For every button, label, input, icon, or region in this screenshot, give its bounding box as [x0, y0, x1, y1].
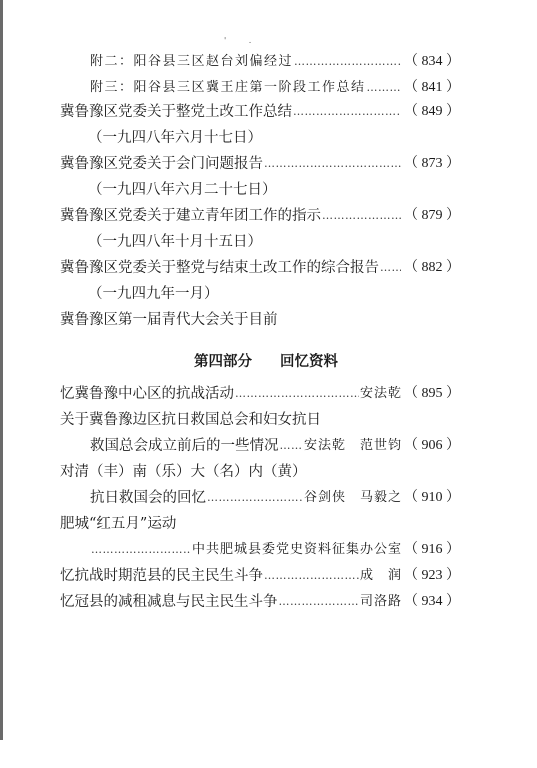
entry-author: 司洛路 — [360, 592, 402, 612]
entry-author: 中共肥城县委党史资料征集办公室 — [192, 540, 402, 560]
page-ref: （ 934 ） — [404, 592, 460, 612]
toc-entry[interactable]: 抗日救国会的回忆 …………………………………………………………………………………… — [90, 488, 460, 508]
leader-dots: …………………………………………………………………………………… — [235, 384, 359, 404]
toc-entry[interactable]: 忆冠县的减租减息与民主民生斗争 ………………………………………………………………… — [60, 592, 460, 612]
entry-title-line1[interactable]: 冀鲁豫区第一届青代大会关于目前 — [60, 310, 278, 330]
page-ref: （ 834 ） — [404, 52, 460, 72]
page-ref: （ 923 ） — [404, 566, 460, 586]
section-part: 第四部分 — [194, 354, 252, 370]
toc-entry[interactable]: 忆抗战时期范县的民主民生斗争 …………………………………………………………………… — [60, 566, 460, 586]
entry-date: （一九四八年十月十五日） — [88, 232, 262, 252]
page-ref: （ 906 ） — [404, 436, 460, 456]
leader-dots: …………………………………………………………………………………… — [294, 52, 401, 72]
entry-author: 安法乾 范世钧 — [304, 436, 402, 456]
page-ref: （ 873 ） — [404, 154, 460, 174]
entry-title-line1[interactable]: 肥城“红五月”运动 — [60, 514, 176, 534]
entry-date: （一九四九年一月） — [88, 284, 219, 304]
entry-title: 冀鲁豫区党委关于建立青年团工作的指示 — [60, 206, 321, 226]
entry-title: 冀鲁豫区党委关于整党土改工作总结 — [60, 102, 292, 122]
entry-author: 成 润 — [360, 566, 402, 586]
leader-dots: …………………………………………………………………………………… — [264, 566, 359, 586]
leader-dots: …………………………………………………………………………………… — [380, 258, 401, 278]
page-ref: （ 849 ） — [404, 102, 460, 122]
entry-title: 冀鲁豫区党委关于整党与结束土改工作的综合报告 — [60, 258, 379, 278]
leader-dots: …………………………………………………………………………………… — [207, 488, 303, 508]
entry-title: 附三：阳谷县三区冀王庄第一阶段工作总结 — [90, 78, 366, 98]
page-ref: （ 895 ） — [404, 384, 460, 404]
page-ref: （ 879 ） — [404, 206, 460, 226]
entry-title: 附二：阳谷县三区赵台刘偏经过 — [90, 52, 293, 72]
entry-title: 抗日救国会的回忆 — [90, 488, 206, 508]
entry-title: 冀鲁豫区党委关于会门问题报告 — [60, 154, 263, 174]
toc-entry[interactable]: 冀鲁豫区党委关于整党与结束土改工作的综合报告 ……………………………………………… — [60, 258, 460, 278]
leader-dots: …………………………………………………………………………………… — [279, 592, 359, 612]
entry-date: （一九四八年六月十七日） — [88, 128, 262, 148]
entry-date: （一九四八年六月二十七日） — [88, 180, 277, 200]
entry-title-line1[interactable]: 对清（丰）南（乐）大（名）内（黄） — [60, 462, 307, 482]
leader-dots: …………………………………………………………………………………… — [293, 102, 401, 122]
entry-title: 忆冀鲁豫中心区的抗战活动 — [60, 384, 234, 404]
toc-entry[interactable]: 冀鲁豫区党委关于会门问题报告 …………………………………………………………………… — [60, 154, 460, 174]
page-ref: （ 841 ） — [404, 78, 460, 98]
leader-dots: …………………………………………………………………………………… — [367, 78, 401, 98]
leader-dots: …………………………………………………………………………………… — [322, 206, 401, 226]
leader-dots: …………………………………………………………………………………… — [280, 436, 303, 456]
leader-dots: …………………………………………………………………………………… — [264, 154, 401, 174]
entry-title-line1[interactable]: 关于冀鲁豫边区抗日救国总会和妇女抗日 — [60, 410, 321, 430]
leader-dots: …………………………………………………………………………………… — [91, 540, 191, 560]
entry-author: 安法乾 — [360, 384, 402, 404]
scan-marks: ' . — [224, 36, 261, 45]
toc-page: ' . 附二：阳谷县三区赵台刘偏经过 ………………………………………………………… — [0, 0, 537, 700]
page-ref: （ 882 ） — [404, 258, 460, 278]
entry-title: 救国总会成立前后的一些情况 — [90, 436, 279, 456]
section-name: 回忆资料 — [280, 354, 338, 370]
entry-title: 忆抗战时期范县的民主民生斗争 — [60, 566, 263, 586]
section-heading: 第四部分回忆资料 — [194, 350, 338, 371]
toc-entry[interactable]: 救国总会成立前后的一些情况 ……………………………………………………………………… — [90, 436, 460, 456]
toc-entry[interactable]: …………………………………………………………………………………… 中共肥城县委党… — [90, 540, 460, 560]
entry-title: 忆冠县的减租减息与民主民生斗争 — [60, 592, 278, 612]
toc-entry[interactable]: 冀鲁豫区党委关于建立青年团工作的指示 ………………………………………………………… — [60, 206, 460, 226]
entry-author: 谷剑侠 马毅之 — [304, 488, 402, 508]
page-ref: （ 910 ） — [404, 488, 460, 508]
page-ref: （ 916 ） — [404, 540, 460, 560]
toc-entry[interactable]: 冀鲁豫区党委关于整党土改工作总结 ……………………………………………………………… — [60, 102, 460, 122]
toc-entry[interactable]: 附二：阳谷县三区赵台刘偏经过 …………………………………………………………………… — [90, 52, 460, 72]
toc-entry[interactable]: 附三：阳谷县三区冀王庄第一阶段工作总结 ……………………………………………………… — [90, 78, 460, 98]
toc-entry[interactable]: 忆冀鲁豫中心区的抗战活动 ………………………………………………………………………… — [60, 384, 460, 404]
